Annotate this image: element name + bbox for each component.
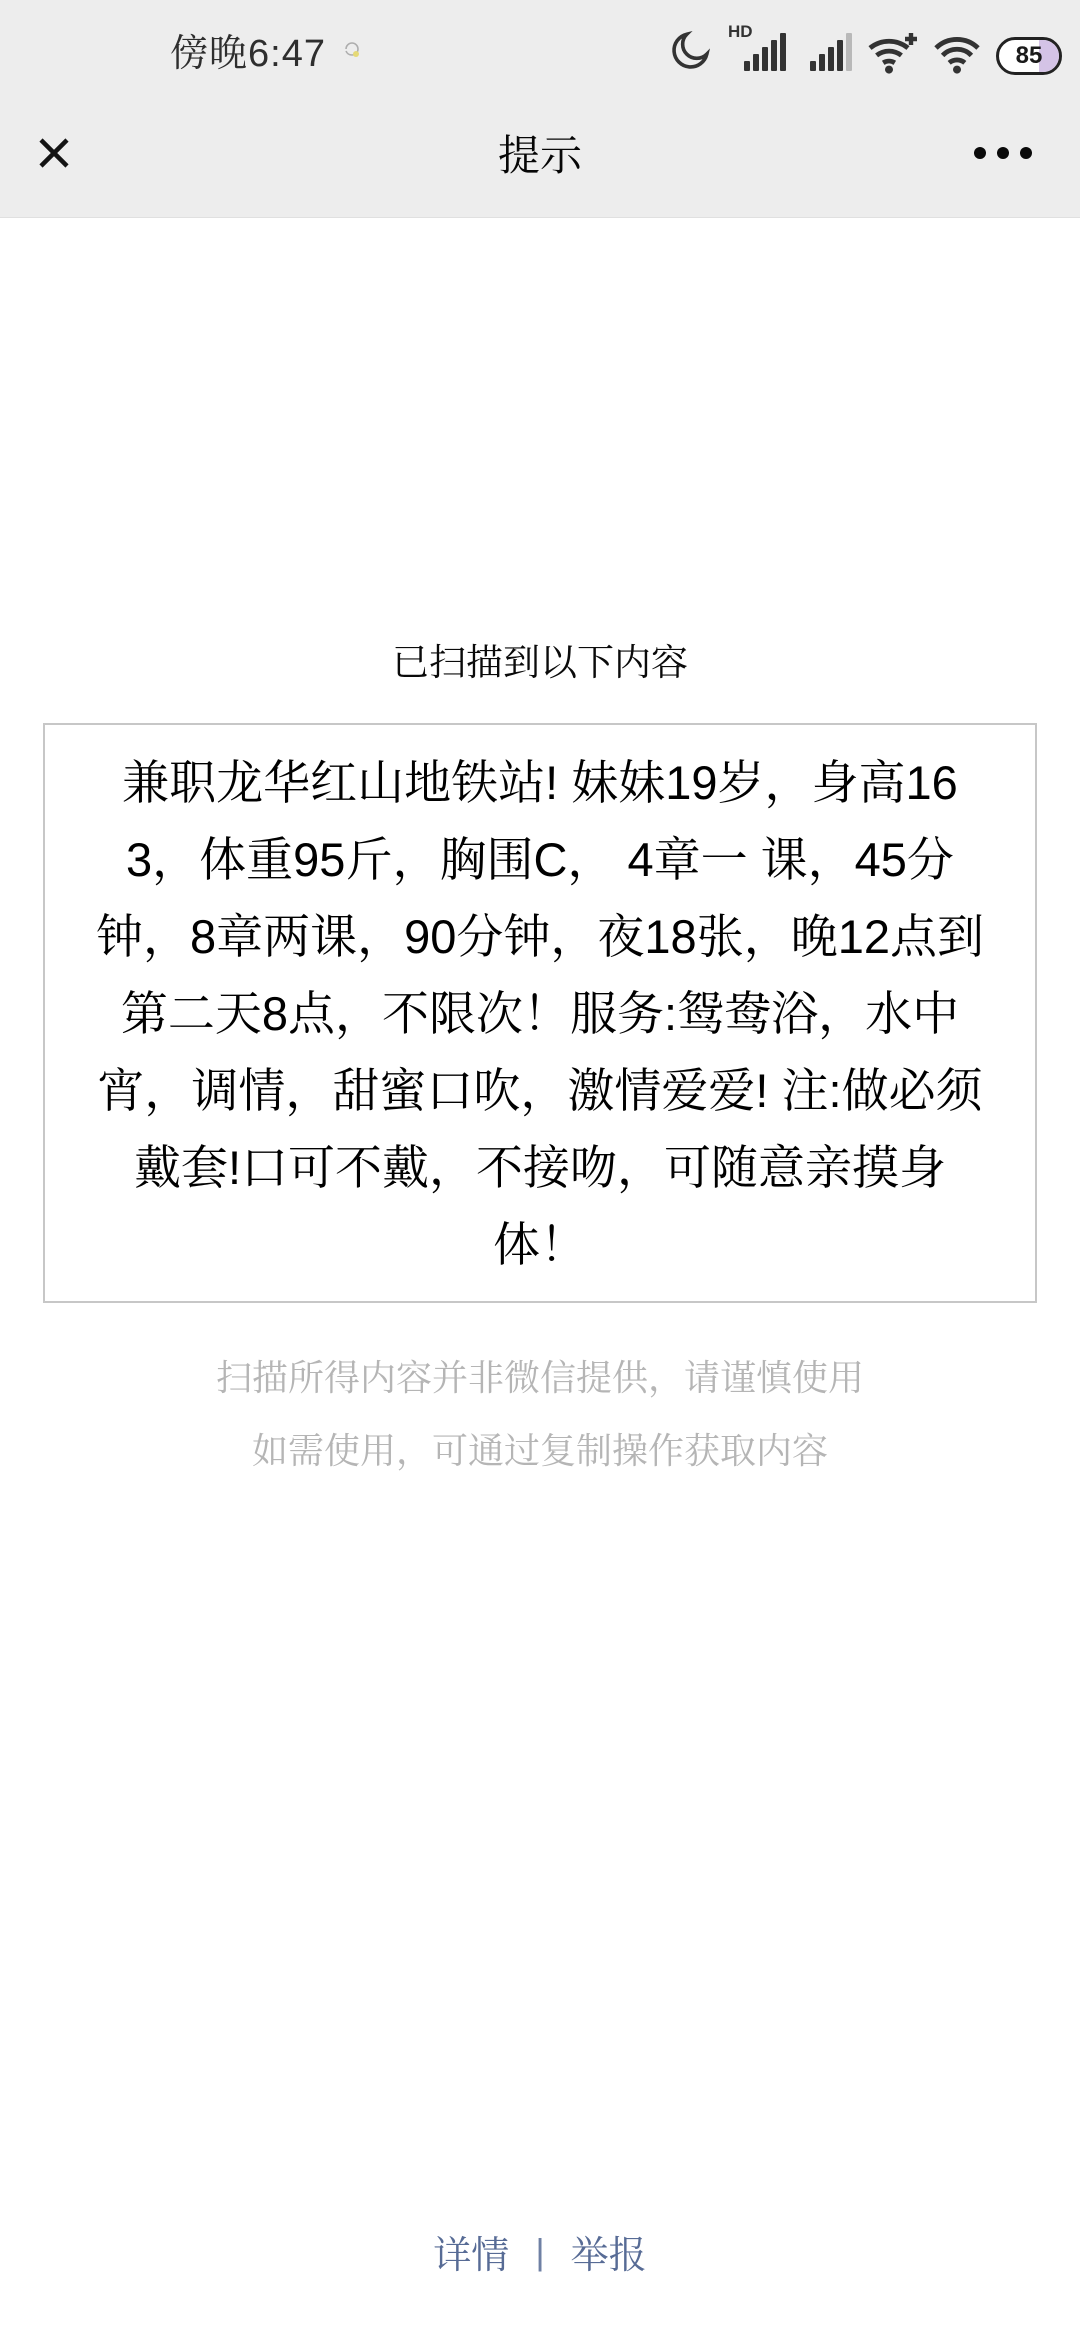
- report-link[interactable]: 举报: [571, 2224, 647, 2279]
- close-button[interactable]: [30, 129, 78, 177]
- signal-hd-icon: HD: [728, 23, 786, 75]
- disclaimer-line-2: 如需使用，可通过复制操作获取内容: [0, 1423, 1080, 1474]
- status-time: 傍晚6:47: [170, 22, 326, 77]
- footer-separator: |: [535, 2231, 544, 2273]
- wifi-plus-icon: [866, 29, 918, 75]
- scanned-content-box: 兼职龙华红山地铁站! 妹妹19岁，身高16 3，体重95斤，胸围C， 4章一 课…: [43, 723, 1037, 1303]
- signal-icon: [800, 23, 852, 75]
- status-mini-icon: [340, 37, 364, 61]
- status-bar: 傍晚6:47 HD: [0, 0, 1080, 88]
- moon-dnd-icon: [666, 27, 714, 75]
- details-link[interactable]: 详情: [433, 2224, 509, 2279]
- footer-links: 详情 | 举报: [0, 2224, 1080, 2279]
- scan-result-prompt: 已扫描到以下内容: [0, 632, 1080, 686]
- more-dots-icon: [974, 147, 986, 159]
- page-title: 提示: [0, 123, 1080, 183]
- battery-icon: 85: [996, 37, 1062, 75]
- close-icon: [33, 132, 75, 174]
- wifi-icon: [932, 29, 982, 75]
- nav-header: 提示: [0, 88, 1080, 218]
- battery-percent: 85: [1016, 42, 1043, 70]
- disclaimer-line-1: 扫描所得内容并非微信提供，请谨慎使用: [0, 1350, 1080, 1401]
- more-button[interactable]: [974, 137, 1032, 169]
